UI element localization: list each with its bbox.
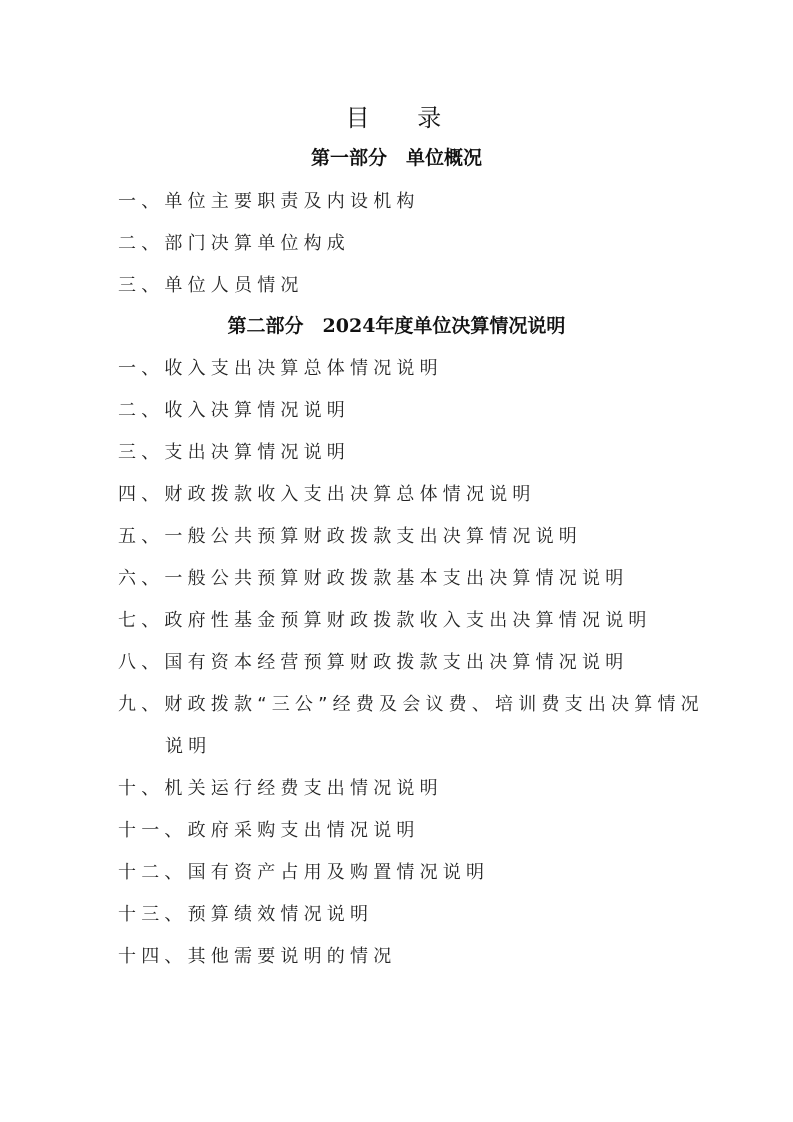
toc-item-2-6: 六、一般公共预算财政拨款基本支出决算情况说明: [118, 566, 628, 592]
toc-item-2-12: 十二、国有资产占用及购置情况说明: [118, 860, 489, 886]
document-page: 目 录 第一部分 单位概况 一、单位主要职责及内设机构 二、部门决算单位构成 三…: [0, 0, 793, 1122]
toc-item-2-11: 十一、政府采购支出情况说明: [118, 818, 420, 844]
toc-item-2-4: 四、财政拨款收入支出决算总体情况说明: [118, 482, 536, 508]
toc-item-2-2: 二、收入决算情况说明: [118, 398, 350, 424]
part-1-header: 第一部分 单位概况: [0, 144, 793, 172]
toc-item-2-3: 三、支出决算情况说明: [118, 440, 350, 466]
part-2-header: 第二部分 2024年度单位决算情况说明: [0, 312, 793, 340]
toc-item-2-9-continuation: 说明: [165, 734, 211, 760]
toc-item-2-9: 九、财政拨款“三公”经费及会议费、培训费支出决算情况: [118, 692, 704, 718]
toc-item-2-10: 十、机关运行经费支出情况说明: [118, 776, 443, 802]
toc-item-2-7: 七、政府性基金预算财政拨款收入支出决算情况说明: [118, 608, 652, 634]
toc-item-2-14: 十四、其他需要说明的情况: [118, 944, 396, 970]
toc-item-1-2: 二、部门决算单位构成: [118, 231, 350, 257]
toc-item-2-8: 八、国有资本经营预算财政拨款支出决算情况说明: [118, 650, 628, 676]
toc-item-2-1: 一、收入支出决算总体情况说明: [118, 356, 443, 382]
toc-item-2-13: 十三、预算绩效情况说明: [118, 902, 373, 928]
toc-item-1-3: 三、单位人员情况: [118, 273, 304, 299]
toc-item-2-5: 五、一般公共预算财政拨款支出决算情况说明: [118, 524, 582, 550]
toc-title: 目 录: [0, 102, 793, 134]
toc-item-1-1: 一、单位主要职责及内设机构: [118, 189, 420, 215]
